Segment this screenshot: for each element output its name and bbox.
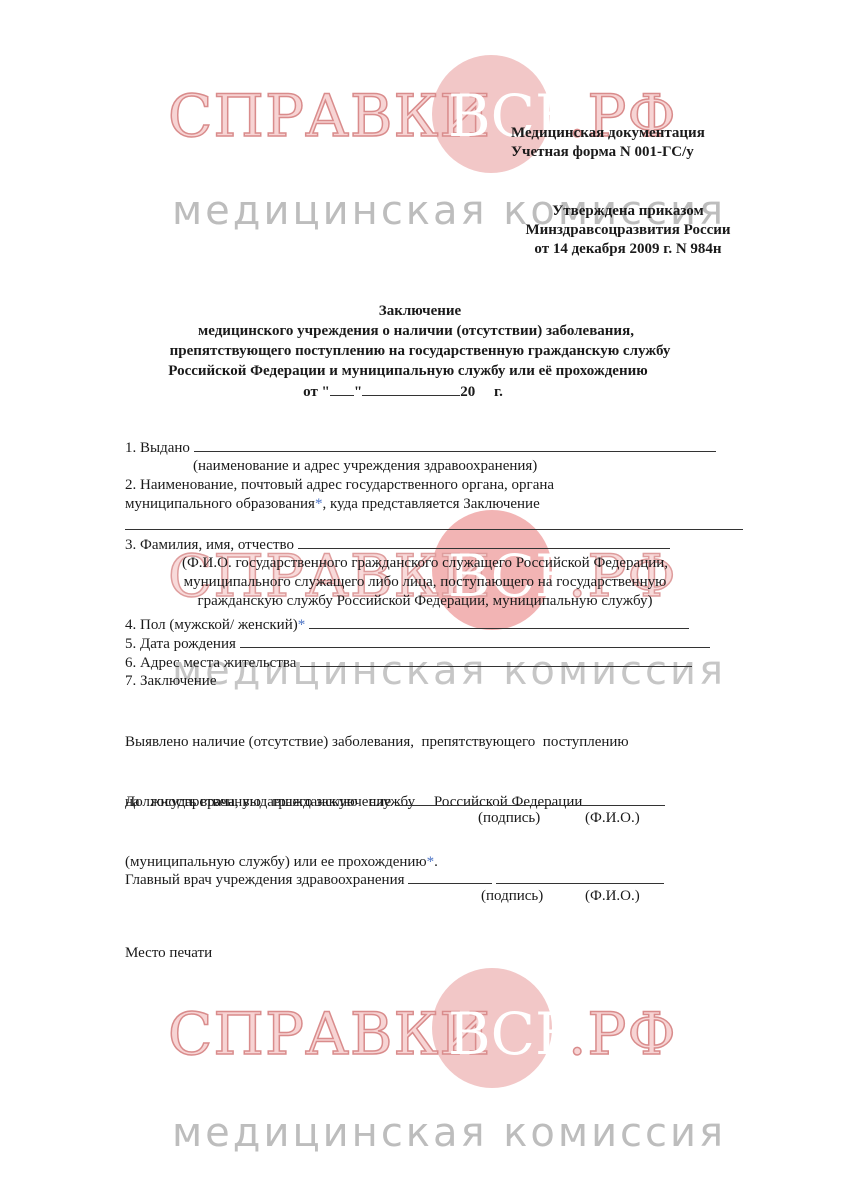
address-input[interactable] <box>300 652 692 667</box>
title-line-2: медицинского учреждения о наличии (отсут… <box>100 321 740 341</box>
title-line-4: Российской Федерации и муниципальную слу… <box>100 361 740 381</box>
field-conclusion-label: 7. Заключение <box>125 672 217 691</box>
approved-line-2: Минздравсоцразвития России <box>508 221 748 240</box>
doctor-fio-hint: (Ф.И.О.) <box>585 810 640 827</box>
approved-by: Утверждена приказом Минздравсоцразвития … <box>508 202 748 259</box>
chief-name-input[interactable] <box>496 869 664 884</box>
title-line-1: Заключение <box>100 301 740 321</box>
doctor-label: Должность врача, выдавшего заключение <box>125 794 391 810</box>
chief-fio-hint: (Ф.И.О.) <box>585 888 640 905</box>
title-date: от ""20 г. <box>100 381 740 402</box>
field-gender: 4. Пол (мужской/ женский)* <box>125 614 689 635</box>
issued-input[interactable] <box>194 437 716 452</box>
doc-type: Медицинская документация <box>511 124 705 143</box>
doctor-signature-input[interactable] <box>395 791 493 806</box>
field-birthdate: 5. Дата рождения <box>125 633 710 654</box>
date-day-blank[interactable] <box>330 381 354 396</box>
chief-sign-hint: (подпись) <box>481 888 543 905</box>
birthdate-input[interactable] <box>240 633 710 648</box>
chief-signature-input[interactable] <box>408 869 492 884</box>
doctor-sign-hint: (подпись) <box>478 810 540 827</box>
footnote-star: * <box>427 854 435 870</box>
title-line-3: препятствующего поступлению на государст… <box>100 341 740 361</box>
fullname-input[interactable] <box>298 534 670 549</box>
chief-signature-row: Главный врач учреждения здравоохранения <box>125 869 664 889</box>
stamp-label: Место печати <box>125 945 212 962</box>
gender-input[interactable] <box>309 614 689 629</box>
field-recipient-line1: 2. Наименование, почтовый адрес государс… <box>125 476 554 495</box>
issued-hint: (наименование и адрес учреждения здравоо… <box>193 457 537 476</box>
field-issued: 1. Выдано <box>125 437 716 458</box>
doctor-signature-row: Должность врача, выдавшего заключение <box>125 791 665 811</box>
approved-line-1: Утверждена приказом <box>508 202 748 221</box>
form-number: Учетная форма N 001-ГС/у <box>511 143 694 162</box>
document-title: Заключение медицинского учреждения о нал… <box>100 301 740 402</box>
approved-line-3: от 14 декабря 2009 г. N 984н <box>508 240 748 259</box>
field-address: 6. Адрес места жительства <box>125 652 692 673</box>
chief-label: Главный врач учреждения здравоохранения <box>125 872 405 888</box>
footnote-star: * <box>298 617 306 633</box>
date-month-blank[interactable] <box>362 381 460 396</box>
recipient-input[interactable] <box>125 529 743 530</box>
document-page: Медицинская документация Учетная форма N… <box>0 0 849 1200</box>
field-recipient-line2: муниципального образования*, куда предст… <box>125 495 540 514</box>
doctor-name-input[interactable] <box>497 791 665 806</box>
fullname-hint: (Ф.И.О. государственного гражданского сл… <box>125 554 725 611</box>
field-fullname: 3. Фамилия, имя, отчество <box>125 534 670 555</box>
